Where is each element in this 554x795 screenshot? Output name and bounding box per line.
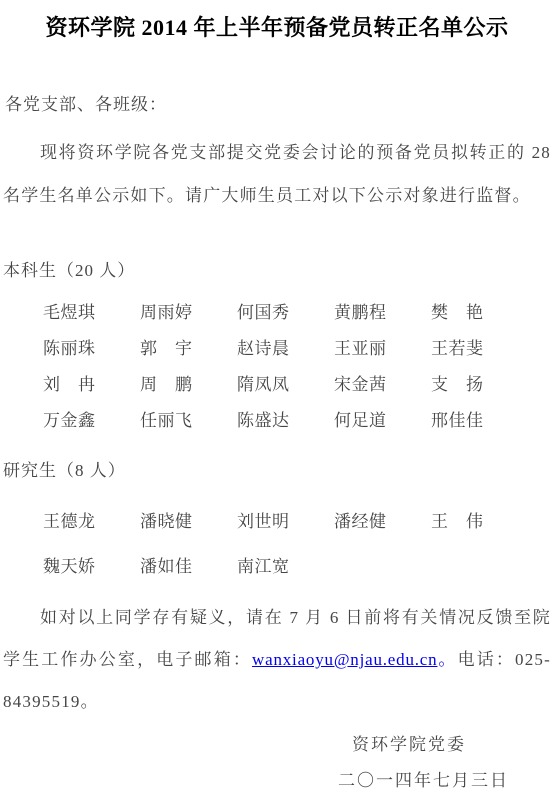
undergrad-name-row: 毛煜琪 周雨婷 何国秀 黄鹏程 樊 艳 [3,295,551,331]
undergrad-name-row: 万金鑫 任丽飞 陈盛达 何足道 邢佳佳 [3,403,551,439]
document-title: 资环学院 2014 年上半年预备党员转正名单公示 [3,0,551,43]
student-name: 刘世明 [237,499,334,544]
intro-paragraph: 现将资环学院各党支部提交党委会讨论的预备党员拟转正的 28 名学生名单公示如下。… [3,131,551,217]
closing-text-after-email: 电话： [458,650,515,669]
student-name: 任丽飞 [140,403,237,439]
student-name: 邢佳佳 [431,403,528,439]
student-name: 魏天娇 [43,544,140,589]
undergrad-name-row: 陈丽珠 郭 宇 赵诗晨 王亚丽 王若斐 [3,331,551,367]
grad-section-heading: 研究生（8 人） [3,459,551,483]
student-name: 毛煜琪 [43,295,140,331]
student-name: 隋凤凤 [237,367,334,403]
student-name: 王德龙 [43,499,140,544]
salutation: 各党支部、各班级： [3,93,551,117]
student-name: 何国秀 [237,295,334,331]
student-name: 潘晓健 [140,499,237,544]
student-name: 周雨婷 [140,295,237,331]
student-name: 周 鹏 [140,367,237,403]
student-name: 黄鹏程 [334,295,431,331]
signature-organization: 资环学院党委 [3,733,551,757]
student-name: 陈盛达 [237,403,334,439]
signature-date: 二〇一四年七月三日 [3,769,551,793]
student-name: 王亚丽 [334,331,431,367]
student-name: 赵诗晨 [237,331,334,367]
student-name: 潘如佳 [140,544,237,589]
student-name: 刘 冉 [43,367,140,403]
student-name: 陈丽珠 [43,331,140,367]
student-name: 南江宽 [237,544,334,589]
undergrad-name-list: 毛煜琪 周雨婷 何国秀 黄鹏程 樊 艳 陈丽珠 郭 宇 赵诗晨 王亚丽 王若斐 … [3,295,551,439]
student-name: 支 扬 [431,367,528,403]
student-name: 王若斐 [431,331,528,367]
email-link[interactable]: wanxiaoyu@njau.edu.cn [252,650,437,669]
student-name: 樊 艳 [431,295,528,331]
grad-name-row: 魏天娇 潘如佳 南江宽 [3,544,551,589]
undergrad-name-row: 刘 冉 周 鹏 隋凤凤 宋金茜 支 扬 [3,367,551,403]
undergrad-section-heading: 本科生（20 人） [3,259,551,283]
grad-name-row: 王德龙 潘晓健 刘世明 潘经健 王 伟 [3,499,551,544]
student-name: 万金鑫 [43,403,140,439]
email-trailing-period: 。 [437,650,457,669]
student-name: 宋金茜 [334,367,431,403]
closing-paragraph: 如对以上同学存有疑义，请在 7 月 6 日前将有关情况反馈至院学生工作办公室，电… [3,597,551,723]
student-name: 王 伟 [431,499,528,544]
student-name: 何足道 [334,403,431,439]
student-name: 潘经健 [334,499,431,544]
document-page: 资环学院 2014 年上半年预备党员转正名单公示 各党支部、各班级： 现将资环学… [0,0,554,795]
grad-name-list: 王德龙 潘晓健 刘世明 潘经健 王 伟 魏天娇 潘如佳 南江宽 [3,499,551,589]
student-name: 郭 宇 [140,331,237,367]
